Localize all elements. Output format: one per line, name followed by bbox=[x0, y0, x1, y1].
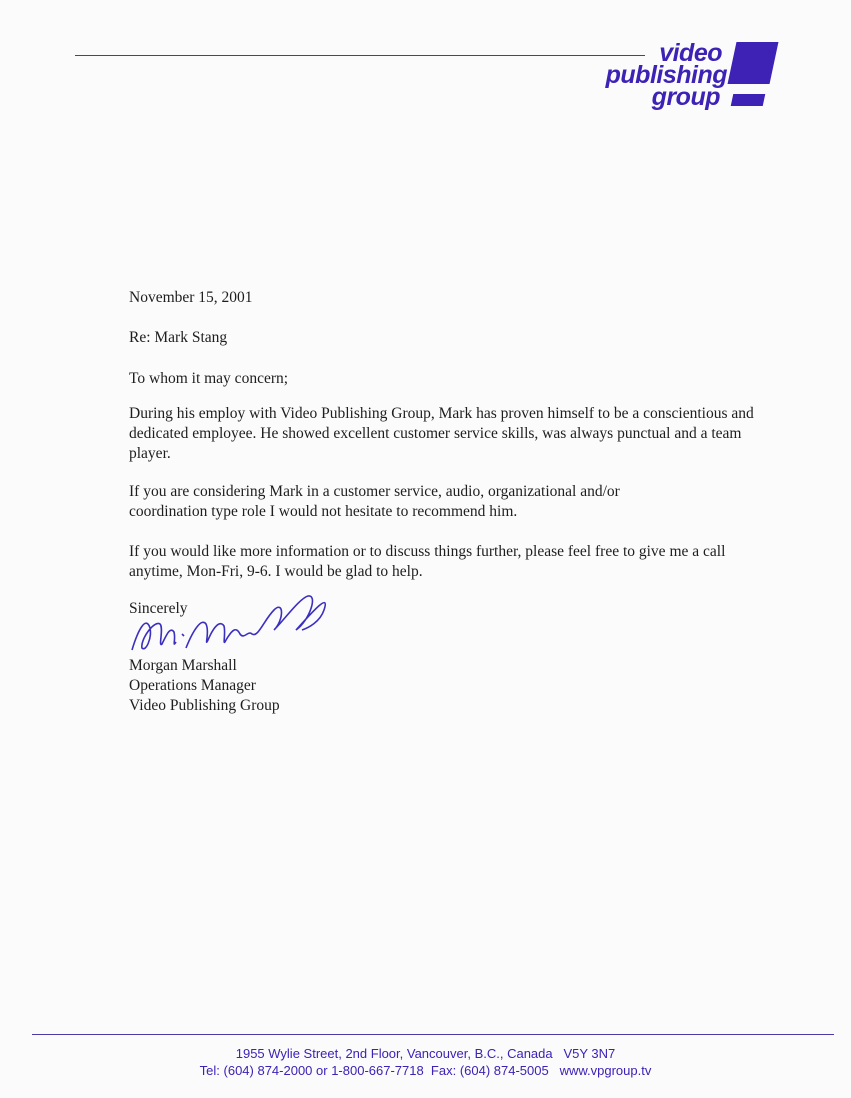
letter-subject: Re: Mark Stang bbox=[129, 328, 227, 348]
footer-address: 1955 Wylie Street, 2nd Floor, Vancouver,… bbox=[0, 1046, 851, 1062]
logo-block-icon bbox=[728, 42, 779, 84]
signer-company: Video Publishing Group bbox=[129, 696, 280, 716]
paragraph: If you would like more information or to… bbox=[129, 542, 729, 582]
signature-icon bbox=[124, 590, 334, 660]
paragraph: If you are considering Mark in a custome… bbox=[129, 482, 669, 522]
header-rule bbox=[75, 55, 645, 56]
signer-title: Operations Manager bbox=[129, 676, 256, 696]
letter-date: November 15, 2001 bbox=[129, 288, 253, 308]
paragraph: During his employ with Video Publishing … bbox=[129, 404, 759, 464]
footer-contact: Tel: (604) 874-2000 or 1-800-667-7718 Fa… bbox=[0, 1063, 851, 1079]
company-logo: video publishing group bbox=[572, 40, 782, 112]
signer-name: Morgan Marshall bbox=[129, 656, 237, 676]
letter-salutation: To whom it may concern; bbox=[129, 369, 288, 389]
logo-word-group: group bbox=[652, 86, 720, 108]
footer-rule bbox=[32, 1034, 834, 1035]
logo-bar-icon bbox=[731, 94, 766, 106]
